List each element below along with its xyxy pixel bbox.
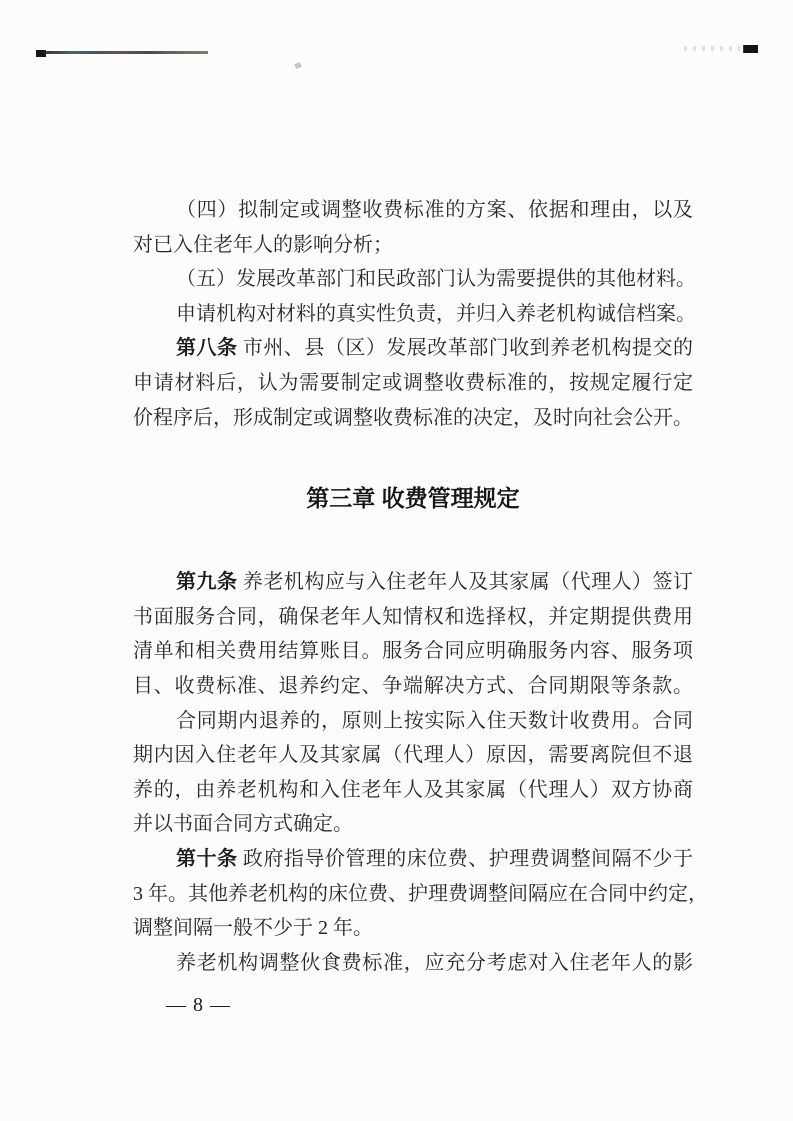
text-run: 价程序后，形成制定或调整收费标准的决定，及时向社会公开。 [133, 407, 693, 429]
text-line: 目、收费标准、退养约定、争端解决方式、合同期限等条款。 [133, 669, 693, 704]
text-line: 3 年。其他养老机构的床位费、护理费调整间隔应在合同中约定， [133, 877, 693, 912]
text-run: 3 年。其他养老机构的床位费、护理费调整间隔应在合同中约定， [133, 883, 693, 905]
text-run: 对已入住老年人的影响分析； [133, 234, 393, 256]
paragraph: 第九条 养老机构应与入住老年人及其家属（代理人）签订书面服务合同，确保老年人知情… [133, 565, 693, 703]
text-line: 申请机构对材料的真实性负责，并归入养老机构诚信档案。 [133, 297, 693, 332]
text-run: （五）发展改革部门和民政部门认为需要提供的其他材料。 [176, 268, 693, 290]
text-line: 合同期内退养的，原则上按实际入住天数计收费用。合同 [133, 704, 693, 739]
text-run: 养老机构调整伙食费标准，应充分考虑对入住老年人的影 [176, 952, 693, 974]
text-run: 申请材料后，认为需要制定或调整收费标准的，按规定履行定 [133, 372, 693, 394]
text-line: （四）拟制定或调整收费标准的方案、依据和理由，以及 [133, 193, 693, 228]
text-run: 养老机构应与入住老年人及其家属（代理人）签订 [237, 571, 693, 593]
chapter-heading: 第三章 收费管理规定 [133, 484, 693, 512]
text-run: 书面服务合同，确保老年人知情权和选择权，并定期提供费用 [133, 606, 693, 628]
text-line: 对已入住老年人的影响分析； [133, 228, 693, 263]
document-body: （四）拟制定或调整收费标准的方案、依据和理由，以及对已入住老年人的影响分析；（五… [133, 193, 693, 980]
text-run: 政府指导价管理的床位费、护理费调整间隔不少于 [237, 848, 693, 870]
text-run: 调整间隔一般不少于 2 年。 [133, 917, 373, 939]
paragraph: （四）拟制定或调整收费标准的方案、依据和理由，以及对已入住老年人的影响分析； [133, 193, 693, 262]
text-run: 申请机构对材料的真实性负责，并归入养老机构诚信档案。 [176, 303, 693, 325]
paragraph: 养老机构调整伙食费标准，应充分考虑对入住老年人的影 [133, 946, 693, 981]
text-line: 养的，由养老机构和入住老年人及其家属（代理人）双方协商 [133, 773, 693, 808]
article-number: 第十条 [176, 848, 237, 870]
paragraph: 申请机构对材料的真实性负责，并归入养老机构诚信档案。 [133, 297, 693, 332]
paragraph: 第十条 政府指导价管理的床位费、护理费调整间隔不少于3 年。其他养老机构的床位费… [133, 842, 693, 946]
text-line: 并以书面合同方式确定。 [133, 807, 693, 842]
scan-artifact-speck [294, 62, 301, 69]
paragraph: 合同期内退养的，原则上按实际入住天数计收费用。合同期内因入住老年人及其家属（代理… [133, 704, 693, 842]
paragraph: 第八条 市州、县（区）发展改革部门收到养老机构提交的申请材料后，认为需要制定或调… [133, 331, 693, 435]
text-line: 申请材料后，认为需要制定或调整收费标准的，按规定履行定 [133, 366, 693, 401]
text-line: 期内因入住老年人及其家属（代理人）原因，需要离院但不退 [133, 738, 693, 773]
text-line: 价程序后，形成制定或调整收费标准的决定，及时向社会公开。 [133, 401, 693, 436]
text-run: 期内因入住老年人及其家属（代理人）原因，需要离院但不退 [133, 744, 693, 766]
text-line: 第八条 市州、县（区）发展改革部门收到养老机构提交的 [133, 331, 693, 366]
text-line: 书面服务合同，确保老年人知情权和选择权，并定期提供费用 [133, 600, 693, 635]
text-run: 清单和相关费用结算账目。服务合同应明确服务内容、服务项 [133, 640, 693, 662]
text-run: 合同期内退养的，原则上按实际入住天数计收费用。合同 [176, 710, 693, 732]
text-line: 调整间隔一般不少于 2 年。 [133, 911, 693, 946]
text-run: 市州、县（区）发展改革部门收到养老机构提交的 [237, 337, 693, 359]
text-line: 养老机构调整伙食费标准，应充分考虑对入住老年人的影 [133, 946, 693, 981]
scan-artifact-block [744, 45, 758, 53]
scan-artifact-line [44, 51, 208, 54]
text-line: 第九条 养老机构应与入住老年人及其家属（代理人）签订 [133, 565, 693, 600]
document-page: （四）拟制定或调整收费标准的方案、依据和理由，以及对已入住老年人的影响分析；（五… [0, 0, 793, 1121]
article-number: 第九条 [176, 571, 237, 593]
scan-artifact-speckles [684, 46, 740, 51]
text-line: （五）发展改革部门和民政部门认为需要提供的其他材料。 [133, 262, 693, 297]
text-run: 目、收费标准、退养约定、争端解决方式、合同期限等条款。 [133, 675, 693, 697]
page-number: — 8 — [166, 994, 231, 1017]
text-run: （四）拟制定或调整收费标准的方案、依据和理由，以及 [176, 199, 693, 221]
article-number: 第八条 [176, 337, 237, 359]
text-line: 第十条 政府指导价管理的床位费、护理费调整间隔不少于 [133, 842, 693, 877]
text-line: 清单和相关费用结算账目。服务合同应明确服务内容、服务项 [133, 634, 693, 669]
paragraph: （五）发展改革部门和民政部门认为需要提供的其他材料。 [133, 262, 693, 297]
text-run: 养的，由养老机构和入住老年人及其家属（代理人）双方协商 [133, 779, 693, 801]
text-run: 并以书面合同方式确定。 [133, 813, 353, 835]
